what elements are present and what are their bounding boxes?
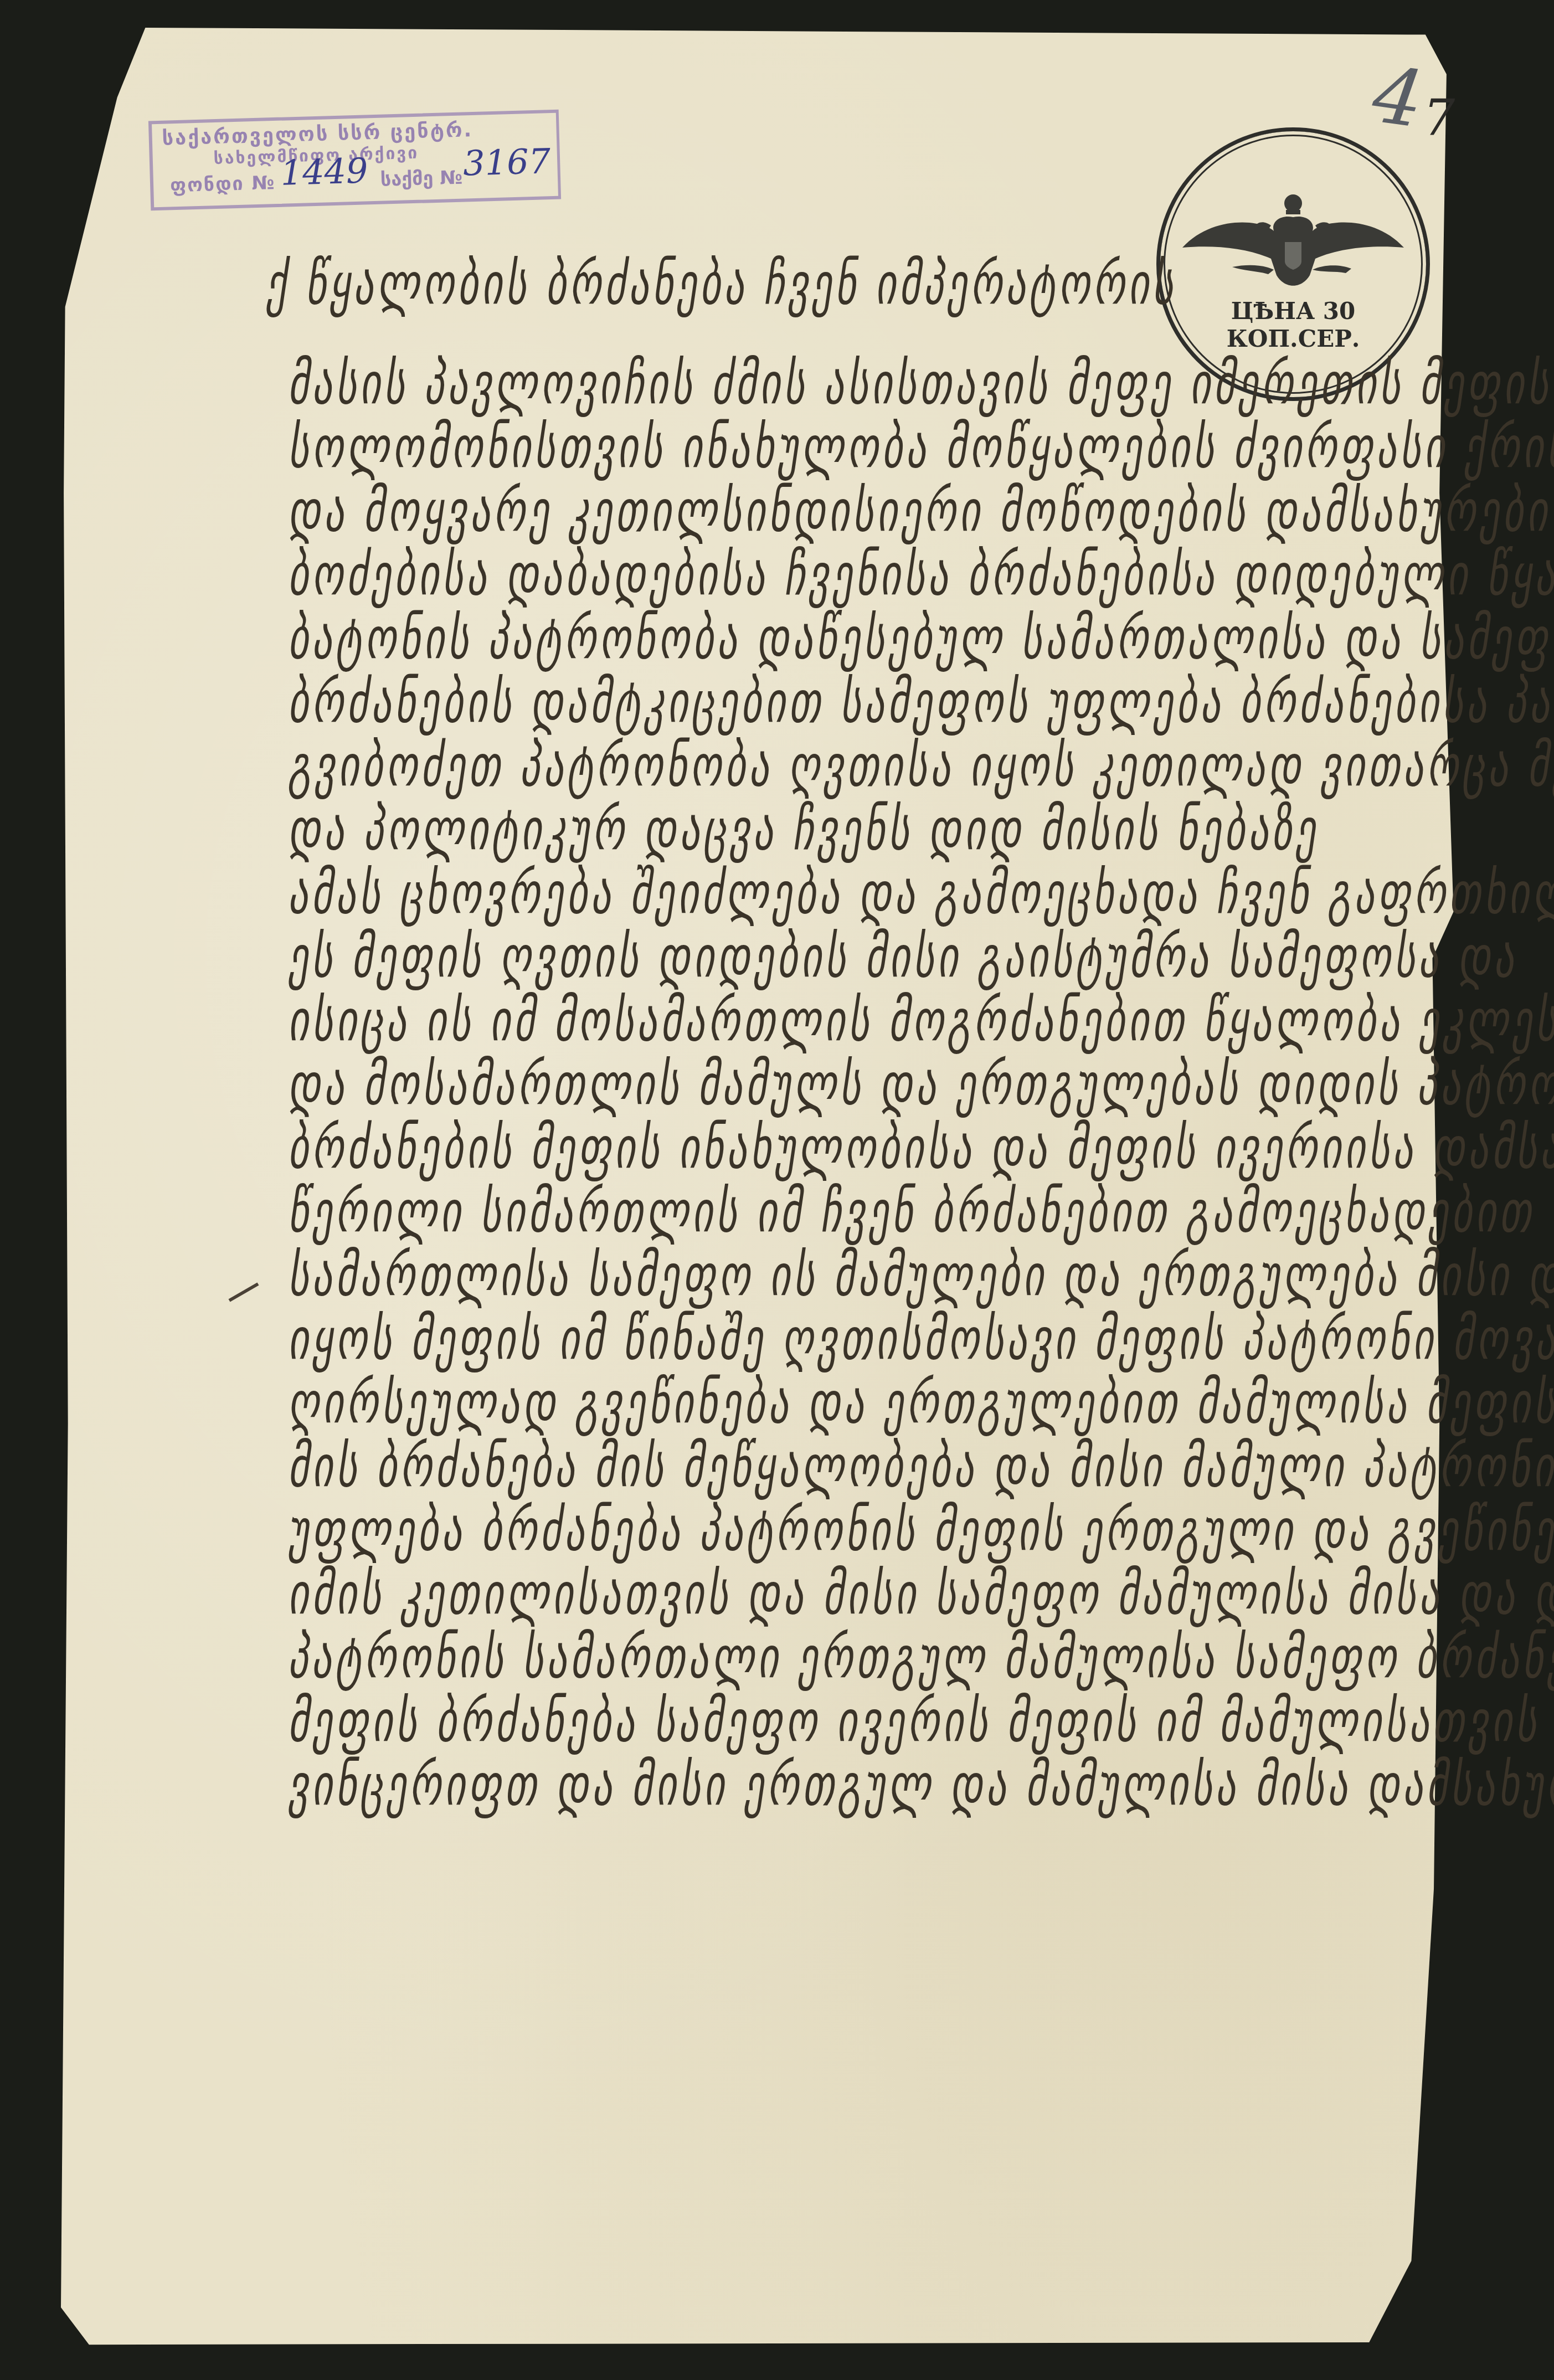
folio-mark-ink: 7 <box>1423 89 1455 147</box>
text-line: ბრძანების მეფის ინახულობისა და მეფის ივე… <box>288 1114 1554 1181</box>
stamp-price-line-2: КОП.СЕР. <box>1160 325 1426 353</box>
text-line: ბატონის პატრონობა დაწესებულ სამართალისა … <box>288 604 1554 672</box>
text-line: და მოსამართლის მამულს და ერთგულებას დიდი… <box>288 1050 1554 1118</box>
text-line: იმის კეთილისათვის და მისი სამეფო მამულის… <box>288 1560 1554 1627</box>
text-line: ვინცერიფთ და მისი ერთგულ და მამულისა მის… <box>288 1751 1554 1818</box>
text-line: წერილი სიმართლის იმ ჩვენ ბრძანებით გამოე… <box>288 1178 1554 1245</box>
stamp-line-3: ფონდი № <box>170 172 276 197</box>
text-line: უფლება ბრძანება პატრონის მეფის ერთგული დ… <box>288 1496 1554 1564</box>
text-line: ბრძანების დამტკიცებით სამეფოს უფლება ბრძ… <box>288 668 1554 736</box>
stamp-price: ЦѢНА 30 КОП.СЕР. <box>1160 297 1426 353</box>
text-line: მის ბრძანება მის მეწყალობება და მისი მამ… <box>288 1432 1554 1500</box>
stamp-line-1: საქართველოს სსრ ცენტრ. <box>162 119 474 150</box>
text-line: სამართლისა სამეფო ის მამულები და ერთგულე… <box>288 1241 1554 1309</box>
text-line: და მოყვარე კეთილსინდისიერი მოწოდების დამ… <box>288 477 1554 544</box>
text-line: ისიცა ის იმ მოსამართლის მოგრძანებით წყალ… <box>288 986 1554 1054</box>
text-line: ქ წყალობის ბრძანება ჩვენ იმპერატორის <box>266 250 1176 317</box>
stamp-fond-label: ფონდი № <box>170 172 276 197</box>
text-line: ბოძებისა დაბადებისა ჩვენისა ბრძანებისა დ… <box>288 541 1554 608</box>
text-line: ამას ცხოვრება შეიძლება და გამოეცხადა ჩვე… <box>288 859 1554 927</box>
stamp-case-number: 3167 <box>462 141 551 183</box>
text-line: ეს მეფის ღვთის დიდების მისი გაისტუმრა სა… <box>288 923 1517 990</box>
text-line: მასის პავლოვიჩის ძმის ასისთავის მეფე იმე… <box>288 349 1552 417</box>
text-line: მეფის ბრძანება სამეფო ივერის მეფის იმ მა… <box>288 1687 1540 1755</box>
stamp-fond-number: 1449 <box>280 150 369 193</box>
text-line: სოლომონისთვის ინახულობა მოწყალების ძვირფ… <box>288 413 1554 481</box>
text-line: გვიბოძეთ პატრონობა ღვთისა იყოს კეთილად ვ… <box>288 732 1554 799</box>
stamp-price-line-1: ЦѢНА 30 <box>1160 297 1426 325</box>
text-line: და პოლიტიკურ დაცვა ჩვენს დიდ მისის ნებაზ… <box>288 795 1319 863</box>
text-line: პატრონის სამართალი ერთგულ მამულისა სამეფ… <box>288 1623 1554 1691</box>
archive-stamp: საქართველოს სსრ ცენტრ. სახელმწიფო არქივი… <box>148 110 561 211</box>
text-line: ღირსეულად გვეწინება და ერთგულებით მამული… <box>288 1369 1554 1436</box>
text-line: იყოს მეფის იმ წინაშე ღვთისმოსავი მეფის პ… <box>288 1305 1554 1373</box>
double-headed-eagle-icon <box>1180 192 1407 292</box>
stamp-case-label: საქმე № <box>380 167 462 191</box>
